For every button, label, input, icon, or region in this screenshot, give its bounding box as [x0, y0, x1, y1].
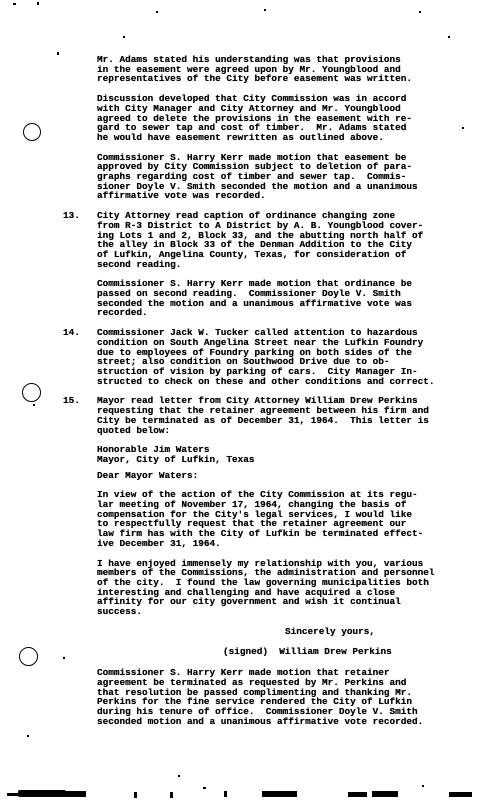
letter-signature: (signed) William Drew Perkins — [97, 647, 457, 657]
paragraph-discussion-developed: Discussion developed that City Commissio… — [97, 94, 457, 143]
ink-speck — [462, 127, 464, 129]
ink-speck — [178, 775, 180, 777]
ink-speck — [264, 9, 266, 11]
ink-speck — [156, 11, 158, 13]
ink-speck — [123, 36, 125, 38]
ink-smudge — [262, 791, 297, 797]
ink-smudge — [372, 791, 398, 797]
agenda-item-13: 13. City Attorney read caption of ordina… — [97, 211, 457, 269]
minutes-text: Mr. Adams stated his understanding was t… — [97, 55, 457, 736]
ink-speck — [419, 11, 421, 13]
hole-punch-circle — [23, 123, 41, 141]
item-number-15: 15. — [63, 396, 80, 406]
ink-smudge — [449, 792, 472, 797]
ink-smudge — [134, 792, 137, 798]
paragraph-adams-understanding: Mr. Adams stated his understanding was t… — [97, 55, 457, 84]
ink-smudge — [348, 792, 367, 797]
document-page: Mr. Adams stated his understanding was t… — [0, 0, 489, 800]
ink-speck — [448, 36, 450, 38]
ink-speck — [203, 787, 206, 789]
paragraph-ordinance-motion: Commissioner S. Harry Kerr made motion t… — [97, 279, 457, 318]
ink-speck — [13, 3, 16, 5]
ink-speck — [27, 735, 29, 737]
ink-speck — [33, 404, 35, 406]
agenda-item-14: 14. Commissioner Jack W. Tucker called a… — [97, 328, 457, 386]
paragraph-easement-motion: Commissioner S. Harry Kerr made motion t… — [97, 153, 457, 202]
agenda-item-15: 15. Mayor read letter from City Attorney… — [97, 396, 457, 435]
ink-smudge — [224, 791, 227, 797]
letter-salutation: Dear Mayor Waters: — [97, 471, 457, 481]
ink-speck — [63, 657, 65, 659]
letter-body-paragraph-1: In view of the action of the City Commis… — [97, 490, 457, 548]
ink-speck — [422, 785, 424, 787]
letter-address: Honorable Jim Waters Mayor, City of Lufk… — [97, 445, 457, 464]
letter-body-paragraph-2: I have enjoyed immensely my relationship… — [97, 559, 457, 617]
paragraph-retainer-termination-motion: Commissioner S. Harry Kerr made motion t… — [97, 668, 457, 726]
item-number-14: 14. — [63, 328, 80, 338]
letter-closing: Sincerely yours, — [97, 627, 457, 637]
ink-speck — [57, 52, 59, 55]
ink-smudge — [170, 792, 173, 798]
paragraph-retainer-letter-intro: Mayor read letter from City Attorney Wil… — [97, 396, 457, 435]
ink-speck — [37, 2, 39, 5]
item-number-13: 13. — [63, 211, 80, 221]
ink-smudge — [58, 791, 86, 797]
hole-punch-circle — [22, 383, 41, 402]
paragraph-ordinance-caption: City Attorney read caption of ordinance … — [97, 211, 457, 269]
paragraph-hazardous-condition: Commissioner Jack W. Tucker called atten… — [97, 328, 457, 386]
hole-punch-circle — [19, 647, 38, 666]
